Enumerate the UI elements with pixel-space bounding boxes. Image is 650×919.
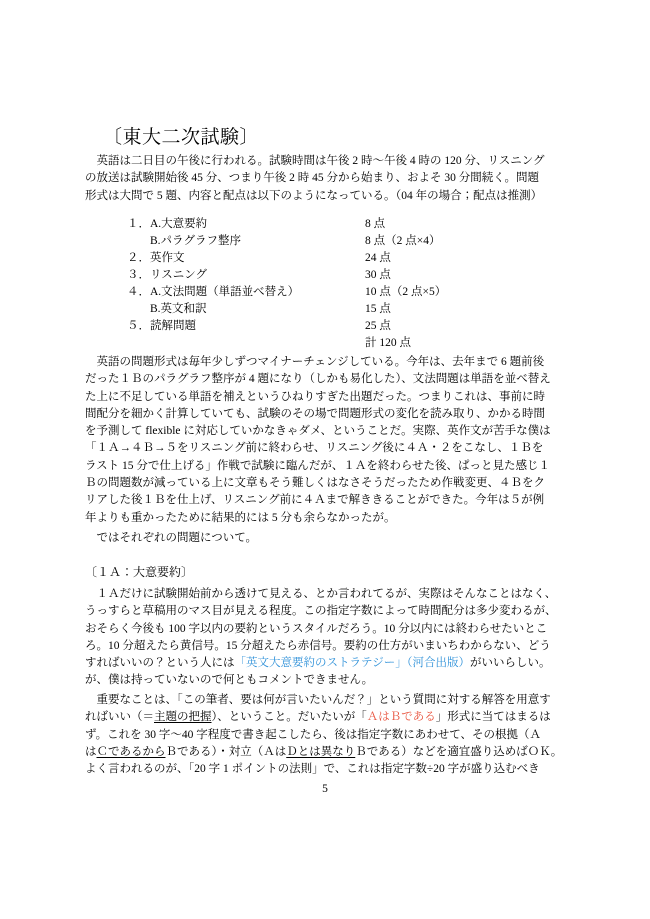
underlined-text: Ｄとは異なり	[286, 746, 355, 758]
score-table-row: ２．英作文24 点	[85, 250, 575, 267]
text-line: ず。これを 30 字〜40 字程度で書き起こしたら、後は指定字数にあわせて、その…	[85, 727, 575, 744]
text-segment: ラスト 15 分で仕上げる」作戦で試験に臨んだが、１Ａを終わらせた後、ぱっと見た…	[85, 460, 550, 472]
question-label: ３．リスニング	[85, 267, 207, 284]
text-segment: がいいらしい。	[470, 657, 551, 669]
text-segment: ではそれぞれの問題について。	[85, 532, 257, 544]
document-page: 〔東大二次試験〕 英語は二日目の午後に行われる。試験時間は午後 2 時〜午後 4…	[0, 0, 650, 919]
question-label: １．A.大意要約	[85, 216, 207, 233]
text-line: はＣであるからＢである）・対立（ＡはＤとは異なりＢである）などを適宜盛り込めばＯ…	[85, 744, 575, 761]
strategy-paragraph: 英語の問題形式は毎年少しずつマイナーチェンジしている。今年は、去年まで 6 題前…	[85, 354, 575, 527]
text-segment: 英語は二日目の午後に行われる。試験時間は午後 2 時〜午後 4 時の 120 分…	[85, 155, 545, 167]
text-line: ればいい（＝主題の把握）、ということ。だいたいが「ＡはＢである」形式に当てはまる…	[85, 709, 575, 726]
text-segment: 間配分を細かく計算していても、試験のその場で問題形式の変化を読み取り、かかる時間	[85, 408, 545, 420]
book-link[interactable]: 「英文大意要約のストラテジー」（河合出版）	[235, 657, 471, 669]
text-segment: た上に不足している単語を補えというひねりすぎた出題だった。つまりこれは、事前に時	[85, 391, 545, 403]
score-table-row: ３．リスニング30 点	[85, 267, 575, 284]
text-line: 重要なことは、「この筆者、要は何が言いたいんだ？」という質問に対する解答を用意す	[85, 692, 575, 709]
text-segment: 英語の問題形式は毎年少しずつマイナーチェンジしている。今年は、去年まで 6 題前…	[85, 356, 544, 368]
text-segment: 」形式に当てはまるは	[436, 711, 551, 723]
text-segment: ず。これを 30 字〜40 字程度で書き起こしたら、後は指定字数にあわせて、その…	[85, 729, 541, 741]
text-segment: Ｂの問題数が減っている上に文章もそう難しくはなさそうだったため作戦変更、４Ｂをク	[85, 477, 545, 489]
text-line: 形式は大問で 5 題、内容と配点は以下のようになっている。（04 年の場合；配点…	[85, 188, 575, 205]
question-label: B.パラグラフ整序	[85, 233, 241, 250]
text-line: だった１Ｂのパラグラフ整序が 4 題になり（しかも易化した）、文法問題は単語を並…	[85, 371, 575, 388]
underlined-text: Ｃであるから	[97, 746, 166, 758]
text-segment: が、僕は持っていないので何ともコメントできません。	[85, 674, 373, 686]
underlined-text: 主題の把握	[154, 711, 212, 723]
text-segment: ろ。10 分超えたら黄信号。15 分超えたら赤信号。要約の仕方がいまいちわからな…	[85, 640, 551, 652]
text-segment: ）、ということ。だいたいが「	[212, 711, 367, 723]
emphasis-red-text: ＡはＢである	[367, 711, 436, 723]
text-line: 間配分を細かく計算していても、試験のその場で問題形式の変化を読み取り、かかる時間	[85, 406, 575, 423]
section-heading-1a: 〔１Ａ：大意要約〕	[85, 564, 575, 581]
question-score: 24 点	[365, 250, 391, 267]
text-segment: Ｂである）などを適宜盛り込めばＯＫ。	[355, 746, 562, 758]
page-number: 5	[0, 783, 650, 795]
text-segment: 年よりも重かったために結果的には 5 分も余らなかったが。	[85, 512, 396, 524]
text-line: 〔１Ａ：大意要約〕	[85, 564, 575, 581]
question-label: ５．読解問題	[85, 318, 196, 335]
text-segment: 形式は大問で 5 題、内容と配点は以下のようになっている。（04 年の場合；配点…	[85, 190, 542, 202]
text-segment: おそらく今後も 100 字以内の要約というスタイルだろう。10 分以内には終わら…	[85, 623, 547, 635]
text-line: を予測して flexible に対応していかなきゃダメ、ということだ。実際、英作…	[85, 423, 575, 440]
text-line: ではそれぞれの問題について。	[85, 530, 575, 547]
text-line: 英語は二日目の午後に行われる。試験時間は午後 2 時〜午後 4 時の 120 分…	[85, 153, 575, 170]
text-segment: よく言われるのが、「20 字 1 ポイントの法則」で、これは指定字数÷20 字が…	[85, 763, 540, 775]
text-line: １Ａだけに試験開始前から透けて見える、とか言われてるが、実際はそんなことはなく、	[85, 586, 575, 603]
text-segment: は	[85, 746, 97, 758]
score-table: １．A.大意要約8 点 B.パラグラフ整序8 点（2 点×4）２．英作文24 点…	[85, 216, 575, 352]
question-label: B.英文和訳	[85, 301, 207, 318]
question-score: 8 点（2 点×4）	[365, 233, 441, 250]
section-1a-paragraph-1: １Ａだけに試験開始前から透けて見える、とか言われてるが、実際はそんなことはなく、…	[85, 586, 575, 690]
text-line: おそらく今後も 100 字以内の要約というスタイルだろう。10 分以内には終わら…	[85, 621, 575, 638]
question-score: 計 120 点	[365, 335, 411, 352]
text-line: Ｂの問題数が減っている上に文章もそう難しくはなさそうだったため作戦変更、４Ｂをク	[85, 475, 575, 492]
score-table-row: ５．読解問題25 点	[85, 318, 575, 335]
text-line: の放送は試験開始後 45 分、つまり午後 2 時 45 分から始まり、およそ 3…	[85, 170, 575, 187]
text-line: うっすらと草稿用のマス目が見える程度。この指定字数によって時間配分は多少変わるが…	[85, 603, 575, 620]
text-line: すればいいの？という人には「英文大意要約のストラテジー」（河合出版）がいいらしい…	[85, 655, 575, 672]
text-segment: ればいい（＝	[85, 711, 154, 723]
question-score: 25 点	[365, 318, 391, 335]
score-table-row: 計 120 点	[85, 335, 575, 352]
question-score: 15 点	[365, 301, 391, 318]
text-segment: を予測して flexible に対応していかなきゃダメ、ということだ。実際、英作…	[85, 425, 551, 437]
text-segment: すればいいの？という人には	[85, 657, 235, 669]
question-label: ４．A.文法問題（単語並べ替え）	[85, 284, 299, 301]
text-segment: の放送は試験開始後 45 分、つまり午後 2 時 45 分から始まり、およそ 3…	[85, 172, 539, 184]
text-segment: 「１Ａ→４Ｂ→５をリスニング前に終わらせ、リスニング後に４Ａ・２をこなし、１Ｂを	[85, 442, 543, 454]
text-line: た上に不足している単語を補えというひねりすぎた出題だった。つまりこれは、事前に時	[85, 389, 575, 406]
text-line: が、僕は持っていないので何ともコメントできません。	[85, 672, 575, 689]
intro-paragraph: 英語は二日目の午後に行われる。試験時間は午後 2 時〜午後 4 時の 120 分…	[85, 153, 575, 205]
text-segment: うっすらと草稿用のマス目が見える程度。この指定字数によって時間配分は多少変わるが…	[85, 605, 557, 617]
question-score: 8 点	[365, 216, 385, 233]
question-label: ２．英作文	[85, 250, 185, 267]
question-score: 30 点	[365, 267, 391, 284]
text-line: 「１Ａ→４Ｂ→５をリスニング前に終わらせ、リスニング後に４Ａ・２をこなし、１Ｂを	[85, 440, 575, 457]
document-title: 〔東大二次試験〕	[103, 126, 259, 150]
score-table-row: B.英文和訳15 点	[85, 301, 575, 318]
text-segment: １Ａだけに試験開始前から透けて見える、とか言われてるが、実際はそんなことはなく、	[85, 588, 556, 600]
text-segment: リアした後１Ｂを仕上げ、リスニング前に４Ａまで解ききることができた。今年は５が例	[85, 494, 544, 506]
score-table-row: １．A.大意要約8 点	[85, 216, 575, 233]
text-line: リアした後１Ｂを仕上げ、リスニング前に４Ａまで解ききることができた。今年は５が例	[85, 492, 575, 509]
text-line: 英語の問題形式は毎年少しずつマイナーチェンジしている。今年は、去年まで 6 題前…	[85, 354, 575, 371]
score-table-row: ４．A.文法問題（単語並べ替え）10 点（2 点×5）	[85, 284, 575, 301]
text-segment: 重要なことは、「この筆者、要は何が言いたいんだ？」という質問に対する解答を用意す	[85, 694, 551, 706]
text-line: ろ。10 分超えたら黄信号。15 分超えたら赤信号。要約の仕方がいまいちわからな…	[85, 638, 575, 655]
text-line: ラスト 15 分で仕上げる」作戦で試験に臨んだが、１Ａを終わらせた後、ぱっと見た…	[85, 458, 575, 475]
transition-paragraph: ではそれぞれの問題について。	[85, 530, 575, 547]
text-line: 年よりも重かったために結果的には 5 分も余らなかったが。	[85, 510, 575, 527]
section-1a-paragraph-2: 重要なことは、「この筆者、要は何が言いたいんだ？」という質問に対する解答を用意す…	[85, 692, 575, 778]
text-segment: だった１Ｂのパラグラフ整序が 4 題になり（しかも易化した）、文法問題は単語を並…	[85, 373, 551, 385]
text-line: よく言われるのが、「20 字 1 ポイントの法則」で、これは指定字数÷20 字が…	[85, 761, 575, 778]
text-segment: Ｂである）・対立（Ａは	[166, 746, 287, 758]
score-table-row: B.パラグラフ整序8 点（2 点×4）	[85, 233, 575, 250]
text-segment: 〔１Ａ：大意要約〕	[85, 565, 193, 579]
question-score: 10 点（2 点×5）	[365, 284, 446, 301]
